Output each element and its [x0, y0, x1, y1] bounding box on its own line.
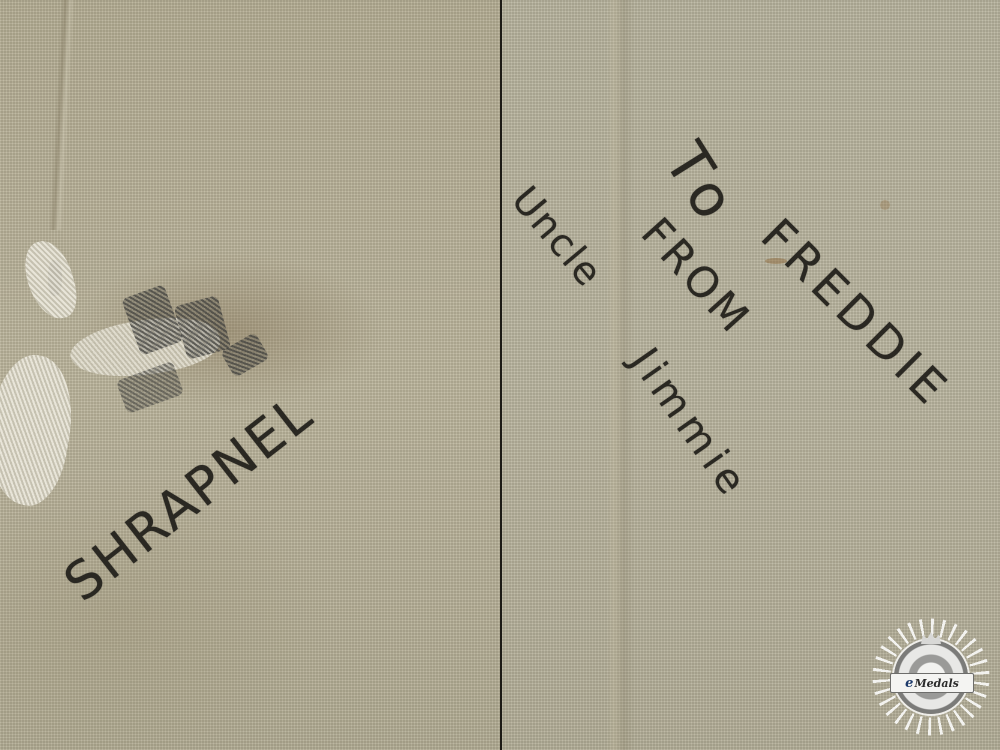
stain: [880, 200, 890, 210]
left-fabric-panel: [0, 0, 500, 750]
watermark-banner: eMedals: [890, 673, 974, 693]
brand-prefix: e: [905, 676, 913, 691]
emedals-watermark: eMedals: [872, 618, 990, 736]
frayed-threads: [0, 349, 82, 511]
frayed-threads: [18, 236, 82, 325]
tear-line: [49, 0, 75, 230]
brand-name: Medals: [914, 677, 958, 690]
photo-composite: SHRAPNEL To FREDDIE FROM Uncle Jimmie eM…: [0, 0, 1000, 750]
